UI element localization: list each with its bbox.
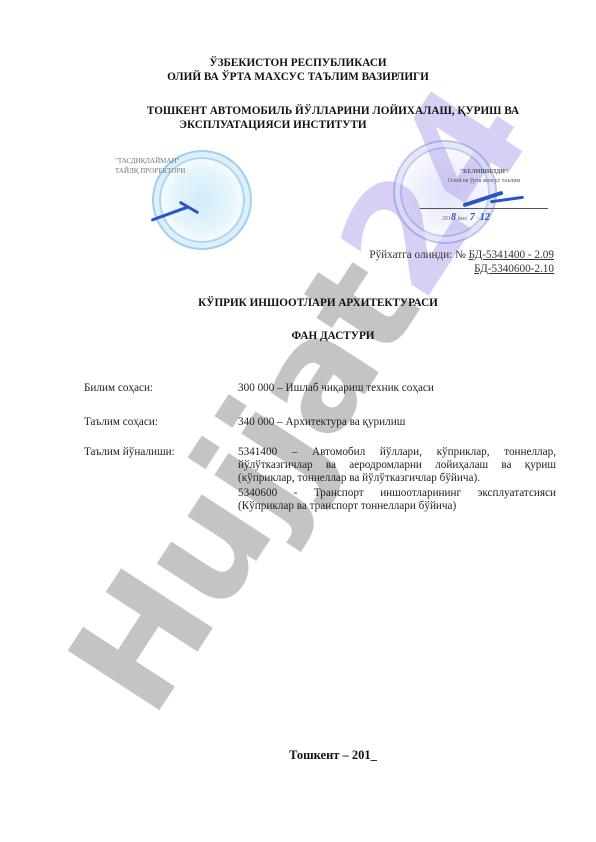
info-value-text: 5340600 - Транспорт иншоотларининг экспл… — [238, 487, 556, 513]
document-page: Hujjat24 ЎЗБЕКИСТОН РЕСПУБЛИКАСИ ОЛИЙ ВА… — [0, 0, 596, 842]
ministry-name: ОЛИЙ ВА ЎРТА МАХСУС ТАЪЛИМ ВАЗИРЛИГИ — [0, 70, 596, 84]
date-year-digit: 8 — [451, 212, 456, 223]
info-value-text: 300 000 – Ишлаб чиқариш техник соҳаси — [238, 382, 556, 395]
republic-name: ЎЗБЕКИСТОН РЕСПУБЛИКАСИ — [0, 56, 596, 70]
registration-line2: БД-5340600-2.10 — [369, 262, 554, 276]
registration-number-2: БД-5340600-2.10 — [474, 263, 554, 275]
stamp-line2: ТАЙЛҚ ПРОРЕКТОРИ — [115, 166, 185, 176]
info-value: 300 000 – Ишлаб чиқариш техник соҳаси — [238, 382, 556, 397]
ministry-header: ЎЗБЕКИСТОН РЕСПУБЛИКАСИ ОЛИЙ ВА ЎРТА МАХ… — [0, 56, 596, 84]
footer-city-year: Тошкент – 201_ — [0, 748, 596, 763]
registration-line1: Рўйхатга олинди: № БД-5341400 - 2.09 — [369, 248, 554, 262]
institute-name-line1: ТОШКЕНТ АВТОМОБИЛЬ ЙЎЛЛАРИНИ ЛОЙИХАЛАШ, … — [0, 104, 596, 118]
info-value: 5341400 – Автомобил йўллари, кўприклар, … — [238, 446, 556, 515]
stamp-line1: "ТАСДИҚЛАЙМАН" — [115, 156, 185, 166]
info-label: Таълим йўналиши: — [84, 446, 234, 459]
subject-title: КЎПРИК ИНШООТЛАРИ АРХИТЕКТУРАСИ — [0, 297, 596, 309]
info-label: Таълим соҳаси: — [84, 416, 234, 429]
approval-title: "КЕЛИШИЛДИ" — [420, 168, 548, 177]
info-value-text: 340 000 – Архитектура ва қурилиш — [238, 416, 556, 429]
date-mid: йил — [458, 216, 467, 222]
registration-number-1: БД-5341400 - 2.09 — [469, 249, 554, 261]
date-prefix: 201 — [442, 216, 451, 222]
institute-name-line2: ЭКСПЛУАТАЦИЯСИ ИНСТИТУТИ — [0, 118, 596, 132]
date-month: 12 — [480, 212, 490, 223]
registration-label: Рўйхатга олинди: № — [369, 249, 465, 261]
info-value: 340 000 – Архитектура ва қурилиш — [238, 416, 556, 431]
registration-block: Рўйхатга олинди: № БД-5341400 - 2.09 БД-… — [369, 248, 554, 276]
date-day: 7 — [470, 212, 475, 223]
institute-header: ТОШКЕНТ АВТОМОБИЛЬ ЙЎЛЛАРИНИ ЛОЙИХАЛАШ, … — [0, 104, 596, 132]
program-title: ФАН ДАСТУРИ — [0, 330, 596, 342]
info-label: Билим соҳаси: — [84, 382, 234, 395]
approval-date: 2018 йил 7 · 12 — [420, 213, 548, 224]
approval-subtitle: Олий ва ўрта махсус таълим — [420, 177, 548, 186]
info-value-text: 5341400 – Автомобил йўллари, кўприклар, … — [238, 446, 556, 485]
approval-stamp-text: "ТАСДИҚЛАЙМАН" ТАЙЛҚ ПРОРЕКТОРИ — [115, 156, 185, 176]
